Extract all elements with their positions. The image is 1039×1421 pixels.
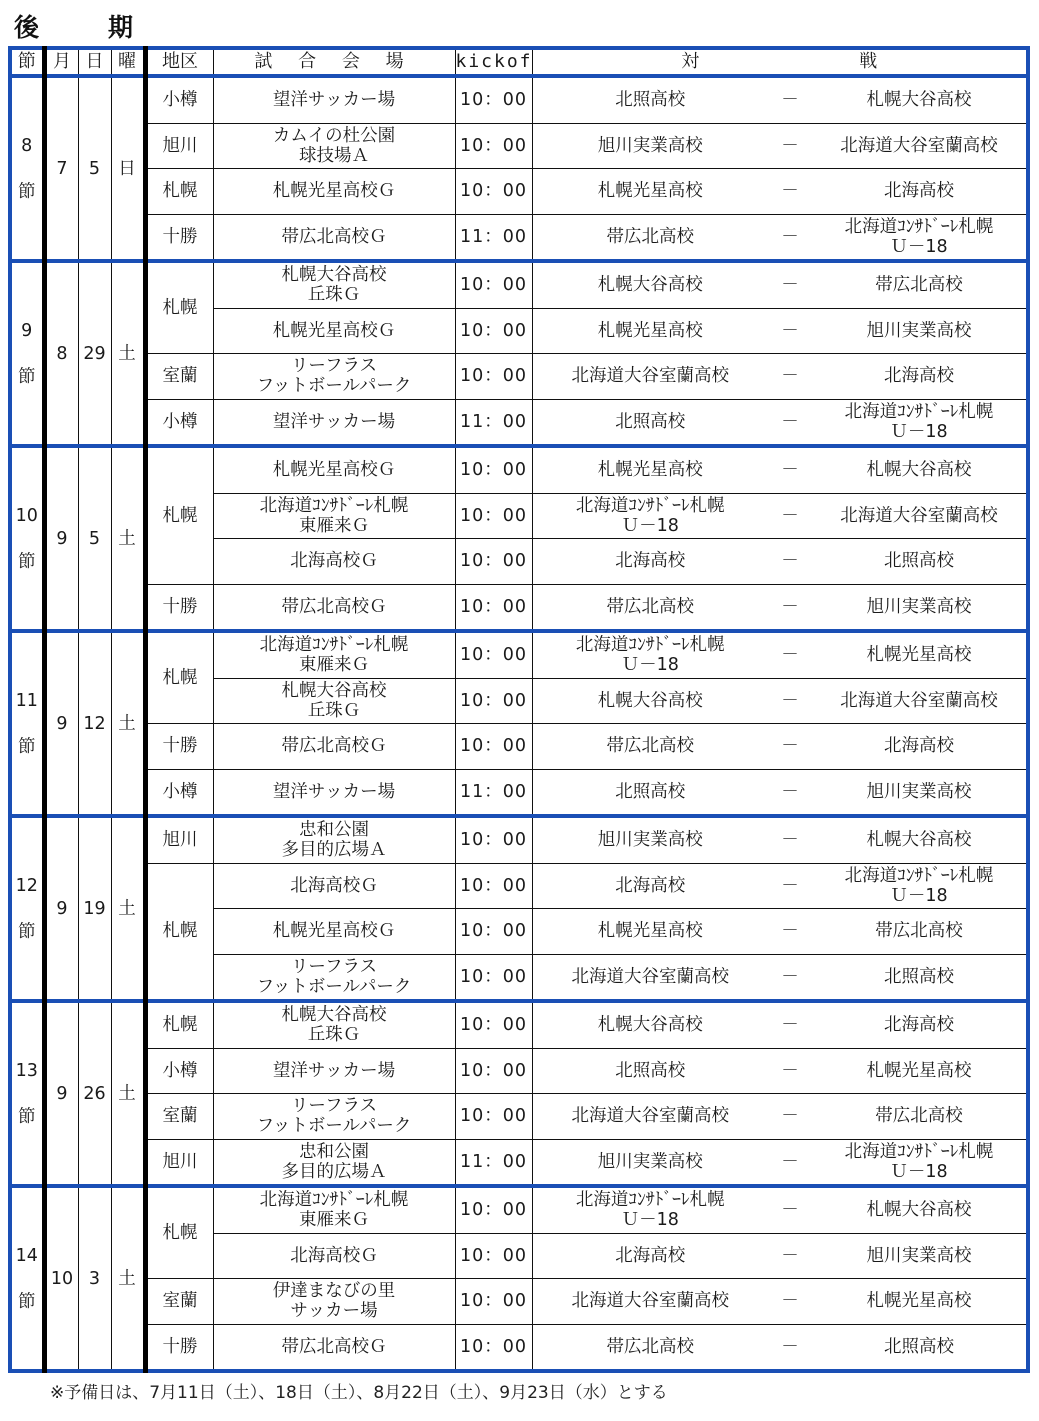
day-cell: 12: [78, 631, 111, 816]
area-cell: 札幌: [145, 261, 213, 354]
venue-cell: 札幌大谷高校丘珠Ｇ: [213, 261, 455, 308]
home-team: 北海高校: [532, 863, 768, 909]
home-team-line: 北海道大谷室蘭高校: [533, 1291, 769, 1311]
round-suffix: 節: [12, 354, 42, 400]
home-team: 旭川実業高校: [532, 123, 768, 169]
kickoff-time: 10：00: [455, 123, 532, 169]
away-team: 帯広北高校: [812, 1094, 1028, 1140]
home-team-line: 札幌光星高校: [533, 460, 769, 480]
home-team-line: 北海道ｺﾝｻﾄﾞｰﾚ札幌: [533, 496, 769, 516]
home-team-line: 北照高校: [533, 412, 769, 432]
venue-cell-line: 北海高校Ｇ: [214, 551, 455, 571]
kickoff-time: 10：00: [455, 539, 532, 585]
away-team: 旭川実業高校: [812, 1233, 1028, 1279]
match-row: 14節103土札幌北海道ｺﾝｻﾄﾞｰﾚ札幌東雁来Ｇ10：00北海道ｺﾝｻﾄﾞｰﾚ…: [10, 1186, 1028, 1233]
venue-cell-line: 多目的広場Ａ: [214, 840, 455, 860]
kickoff-time: 10：00: [455, 76, 532, 123]
away-team: 北海道大谷室蘭高校: [812, 678, 1028, 724]
round-suffix: 節: [12, 1279, 42, 1325]
venue-cell-line: 忠和公園: [214, 1142, 455, 1162]
away-team: 旭川実業高校: [812, 584, 1028, 631]
month-cell: 9: [44, 816, 78, 1001]
area-cell: 札幌: [145, 446, 213, 584]
versus-dash: －: [768, 816, 812, 863]
venue-cell-line: フットボールパーク: [214, 977, 455, 997]
versus-dash: －: [768, 123, 812, 169]
venue-cell-line: フットボールパーク: [214, 376, 455, 396]
header-kickoff: kickoff: [455, 48, 532, 76]
venue-cell: 忠和公園多目的広場Ａ: [213, 816, 455, 863]
area-cell: 小樽: [145, 1048, 213, 1094]
home-team-line: 旭川実業高校: [533, 1152, 769, 1172]
home-team-line: 北海高校: [533, 1246, 769, 1266]
away-team-line: 帯広北高校: [812, 275, 1026, 295]
weekday-cell: 土: [111, 1001, 145, 1186]
versus-dash: －: [768, 1279, 812, 1325]
venue-cell-line: 北海道ｺﾝｻﾄﾞｰﾚ札幌: [214, 496, 455, 516]
kickoff-time: 10：00: [455, 1279, 532, 1325]
away-team-line: 北海道ｺﾝｻﾄﾞｰﾚ札幌: [812, 1142, 1026, 1162]
month-cell: 9: [44, 1001, 78, 1186]
venue-cell-line: フットボールパーク: [214, 1116, 455, 1136]
venue-cell: 伊達まなびの里サッカー場: [213, 1279, 455, 1325]
round-value: 12: [12, 863, 42, 909]
home-team-line: Ｕ－18: [533, 516, 769, 536]
match-row: 札幌北海高校Ｇ10：00北海高校－北海道ｺﾝｻﾄﾞｰﾚ札幌Ｕ－18: [10, 863, 1028, 909]
match-row: 札幌札幌光星高校Ｇ10：00札幌光星高校－北海高校: [10, 169, 1028, 215]
home-team-line: 北海高校: [533, 551, 769, 571]
venue-cell-line: 伊達まなびの里: [214, 1281, 455, 1301]
home-team: 北海高校: [532, 539, 768, 585]
round-value: 11: [12, 678, 42, 724]
venue-cell: 帯広北高校Ｇ: [213, 1324, 455, 1371]
kickoff-time: 10：00: [455, 954, 532, 1001]
weekday-cell: 土: [111, 1186, 145, 1371]
day-cell: 19: [78, 816, 111, 1001]
versus-dash: －: [768, 1324, 812, 1371]
kickoff-time: 10：00: [455, 631, 532, 678]
away-team: 札幌光星高校: [812, 1048, 1028, 1094]
match-row: 小樽望洋サッカー場10：00北照高校－札幌光星高校: [10, 1048, 1028, 1094]
weekday-cell: 日: [111, 76, 145, 261]
away-team: 北海道ｺﾝｻﾄﾞｰﾚ札幌Ｕ－18: [812, 399, 1028, 446]
match-row: 12節919土旭川忠和公園多目的広場Ａ10：00旭川実業高校－札幌大谷高校: [10, 816, 1028, 863]
round-section: 13節926土札幌札幌大谷高校丘珠Ｇ10：00札幌大谷高校－北海高校小樽望洋サッ…: [10, 1001, 1028, 1186]
versus-dash: －: [768, 678, 812, 724]
header-area: 地区: [145, 48, 213, 76]
month-cell: 9: [44, 631, 78, 816]
home-team: 北照高校: [532, 399, 768, 446]
round-number: 14節: [10, 1186, 44, 1371]
home-team-line: 北照高校: [533, 782, 769, 802]
away-team: 札幌大谷高校: [812, 1186, 1028, 1233]
kickoff-time: 10：00: [455, 1094, 532, 1140]
venue-cell-line: 望洋サッカー場: [214, 412, 455, 432]
away-team-line: 札幌大谷高校: [812, 460, 1026, 480]
home-team-line: 北海道大谷室蘭高校: [533, 1106, 769, 1126]
area-cell: 十勝: [145, 584, 213, 631]
home-team: 札幌光星高校: [532, 308, 768, 354]
away-team-line: 北海道大谷室蘭高校: [812, 506, 1026, 526]
versus-dash: －: [768, 863, 812, 909]
versus-dash: －: [768, 1001, 812, 1048]
month-cell: 8: [44, 261, 78, 446]
versus-dash: －: [768, 169, 812, 215]
venue-cell-line: 東雁来Ｇ: [214, 1210, 455, 1230]
header-match-right: 戦: [859, 51, 877, 72]
away-team: 北海高校: [812, 724, 1028, 770]
day-cell: 29: [78, 261, 111, 446]
venue-cell: 北海高校Ｇ: [213, 863, 455, 909]
venue-cell-line: サッカー場: [214, 1301, 455, 1321]
venue-cell-line: カムイの杜公園: [214, 126, 455, 146]
header-row: 節 月 日 曜 地区 試 合 会 場 kickoff 対戦: [10, 48, 1028, 76]
venue-cell: 札幌大谷高校丘珠Ｇ: [213, 678, 455, 724]
kickoff-time: 10：00: [455, 308, 532, 354]
kickoff-time: 10：00: [455, 261, 532, 308]
venue-cell: 帯広北高校Ｇ: [213, 724, 455, 770]
away-team: 札幌大谷高校: [812, 446, 1028, 493]
area-cell: 小樽: [145, 769, 213, 816]
match-row: 旭川カムイの杜公園球技場Ａ10：00旭川実業高校－北海道大谷室蘭高校: [10, 123, 1028, 169]
venue-cell-line: リーフラス: [214, 957, 455, 977]
away-team: 旭川実業高校: [812, 769, 1028, 816]
venue-cell: 札幌光星高校Ｇ: [213, 308, 455, 354]
home-team-line: 札幌光星高校: [533, 321, 769, 341]
venue-cell: 北海道ｺﾝｻﾄﾞｰﾚ札幌東雁来Ｇ: [213, 493, 455, 539]
venue-cell-line: 札幌光星高校Ｇ: [214, 321, 455, 341]
match-row: 十勝帯広北高校Ｇ10：00帯広北高校－北海高校: [10, 724, 1028, 770]
venue-cell: 望洋サッカー場: [213, 76, 455, 123]
venue-cell: 北海高校Ｇ: [213, 539, 455, 585]
round-number: 10節: [10, 446, 44, 631]
away-team: 旭川実業高校: [812, 308, 1028, 354]
venue-cell-line: 丘珠Ｇ: [214, 285, 455, 305]
venue-cell-line: 望洋サッカー場: [214, 1061, 455, 1081]
venue-cell-line: 北海道ｺﾝｻﾄﾞｰﾚ札幌: [214, 635, 455, 655]
venue-cell-line: 帯広北高校Ｇ: [214, 1337, 455, 1357]
home-team: 北海道大谷室蘭高校: [532, 954, 768, 1001]
home-team-line: 北海道大谷室蘭高校: [533, 366, 769, 386]
versus-dash: －: [768, 1048, 812, 1094]
venue-cell: リーフラスフットボールパーク: [213, 1094, 455, 1140]
versus-dash: －: [768, 76, 812, 123]
kickoff-time: 10：00: [455, 354, 532, 400]
away-team-line: 北海高校: [812, 366, 1026, 386]
round-section: 14節103土札幌北海道ｺﾝｻﾄﾞｰﾚ札幌東雁来Ｇ10：00北海道ｺﾝｻﾄﾞｰﾚ…: [10, 1186, 1028, 1371]
match-row: 室蘭リーフラスフットボールパーク10：00北海道大谷室蘭高校－帯広北高校: [10, 1094, 1028, 1140]
kickoff-time: 10：00: [455, 446, 532, 493]
home-team-line: 帯広北高校: [533, 736, 769, 756]
area-cell: 旭川: [145, 123, 213, 169]
away-team-line: 帯広北高校: [812, 1106, 1026, 1126]
away-team: 帯広北高校: [812, 909, 1028, 955]
venue-cell-line: 帯広北高校Ｇ: [214, 227, 455, 247]
versus-dash: －: [768, 493, 812, 539]
venue-cell: 札幌光星高校Ｇ: [213, 169, 455, 215]
away-team-line: 北照高校: [812, 967, 1026, 987]
away-team-line: 札幌光星高校: [812, 645, 1026, 665]
versus-dash: －: [768, 909, 812, 955]
away-team-line: 旭川実業高校: [812, 782, 1026, 802]
away-team: 札幌大谷高校: [812, 76, 1028, 123]
home-team: 旭川実業高校: [532, 1139, 768, 1186]
venue-cell: 北海道ｺﾝｻﾄﾞｰﾚ札幌東雁来Ｇ: [213, 631, 455, 678]
home-team: 帯広北高校: [532, 214, 768, 261]
home-team-line: 旭川実業高校: [533, 136, 769, 156]
area-cell: 室蘭: [145, 1094, 213, 1140]
home-team: 札幌大谷高校: [532, 1001, 768, 1048]
versus-dash: －: [768, 724, 812, 770]
versus-dash: －: [768, 1233, 812, 1279]
away-team-line: 北照高校: [812, 551, 1026, 571]
round-number: 13節: [10, 1001, 44, 1186]
area-cell: 室蘭: [145, 1279, 213, 1325]
venue-cell-line: リーフラス: [214, 356, 455, 376]
home-team-line: 札幌大谷高校: [533, 691, 769, 711]
venue-cell: リーフラスフットボールパーク: [213, 954, 455, 1001]
match-row: 十勝帯広北高校Ｇ10：00帯広北高校－北照高校: [10, 1324, 1028, 1371]
venue-cell-line: リーフラス: [214, 1096, 455, 1116]
venue-cell-line: 札幌光星高校Ｇ: [214, 921, 455, 941]
venue-cell: リーフラスフットボールパーク: [213, 354, 455, 400]
versus-dash: －: [768, 1186, 812, 1233]
home-team: 北海道ｺﾝｻﾄﾞｰﾚ札幌Ｕ－18: [532, 1186, 768, 1233]
match-row: 13節926土札幌札幌大谷高校丘珠Ｇ10：00札幌大谷高校－北海高校: [10, 1001, 1028, 1048]
header-venue: 試 合 会 場: [213, 48, 455, 76]
away-team-line: 北海道大谷室蘭高校: [812, 691, 1026, 711]
home-team: 札幌光星高校: [532, 446, 768, 493]
venue-cell-line: 忠和公園: [214, 820, 455, 840]
home-team: 帯広北高校: [532, 584, 768, 631]
area-cell: 札幌: [145, 1186, 213, 1279]
kickoff-time: 10：00: [455, 1186, 532, 1233]
venue-cell-line: 札幌大谷高校: [214, 265, 455, 285]
round-suffix: 節: [12, 909, 42, 955]
area-cell: 札幌: [145, 863, 213, 1001]
match-row: 11節912土札幌北海道ｺﾝｻﾄﾞｰﾚ札幌東雁来Ｇ10：00北海道ｺﾝｻﾄﾞｰﾚ…: [10, 631, 1028, 678]
kickoff-time: 11：00: [455, 399, 532, 446]
away-team: 札幌光星高校: [812, 631, 1028, 678]
venue-cell-line: 札幌光星高校Ｇ: [214, 460, 455, 480]
area-cell: 十勝: [145, 724, 213, 770]
away-team-line: 北海高校: [812, 1015, 1026, 1035]
area-cell: 室蘭: [145, 354, 213, 400]
venue-cell-line: 札幌大谷高校: [214, 681, 455, 701]
round-section: 11節912土札幌北海道ｺﾝｻﾄﾞｰﾚ札幌東雁来Ｇ10：00北海道ｺﾝｻﾄﾞｰﾚ…: [10, 631, 1028, 816]
home-team: 北海高校: [532, 1233, 768, 1279]
home-team-line: 旭川実業高校: [533, 830, 769, 850]
home-team-line: 札幌大谷高校: [533, 1015, 769, 1035]
versus-dash: －: [768, 354, 812, 400]
kickoff-time: 10：00: [455, 584, 532, 631]
away-team: 札幌大谷高校: [812, 816, 1028, 863]
home-team: 札幌大谷高校: [532, 261, 768, 308]
home-team: 北照高校: [532, 76, 768, 123]
away-team: 北海道大谷室蘭高校: [812, 123, 1028, 169]
header-match-left: 対: [681, 51, 699, 72]
away-team-line: 北海高校: [812, 181, 1026, 201]
header-day: 日: [78, 48, 111, 76]
home-team: 札幌光星高校: [532, 169, 768, 215]
home-team: 北照高校: [532, 1048, 768, 1094]
kickoff-time: 10：00: [455, 1048, 532, 1094]
home-team: 札幌光星高校: [532, 909, 768, 955]
venue-cell-line: 東雁来Ｇ: [214, 516, 455, 536]
away-team: 北海道大谷室蘭高校: [812, 493, 1028, 539]
round-section: 10節95土札幌札幌光星高校Ｇ10：00札幌光星高校－札幌大谷高校北海道ｺﾝｻﾄ…: [10, 446, 1028, 631]
versus-dash: －: [768, 1139, 812, 1186]
away-team-line: 札幌大谷高校: [812, 90, 1026, 110]
match-row: 十勝帯広北高校Ｇ10：00帯広北高校－旭川実業高校: [10, 584, 1028, 631]
versus-dash: －: [768, 539, 812, 585]
venue-cell-line: 球技場Ａ: [214, 146, 455, 166]
away-team: 北海高校: [812, 354, 1028, 400]
venue-cell: 望洋サッカー場: [213, 769, 455, 816]
home-team-line: 帯広北高校: [533, 227, 769, 247]
round-suffix: 節: [12, 1094, 42, 1140]
away-team-line: 旭川実業高校: [812, 597, 1026, 617]
kickoff-time: 10：00: [455, 1324, 532, 1371]
away-team-line: 札幌光星高校: [812, 1291, 1026, 1311]
weekday-cell: 土: [111, 816, 145, 1001]
away-team: 北海道ｺﾝｻﾄﾞｰﾚ札幌Ｕ－18: [812, 214, 1028, 261]
away-team-line: 北海道大谷室蘭高校: [812, 136, 1026, 156]
away-team: 北照高校: [812, 954, 1028, 1001]
weekday-cell: 土: [111, 261, 145, 446]
home-team: 北海道大谷室蘭高校: [532, 354, 768, 400]
venue-cell: 北海高校Ｇ: [213, 1233, 455, 1279]
venue-cell: 望洋サッカー場: [213, 399, 455, 446]
match-row: 10節95土札幌札幌光星高校Ｇ10：00札幌光星高校－札幌大谷高校: [10, 446, 1028, 493]
home-team: 札幌大谷高校: [532, 678, 768, 724]
month-cell: 7: [44, 76, 78, 261]
footnote: ※予備日は、7月11日（土）、18日（土）、8月22日（土）、9月23日（水）と…: [50, 1378, 668, 1403]
home-team-line: Ｕ－18: [533, 1210, 769, 1230]
round-suffix: 節: [12, 724, 42, 770]
kickoff-time: 10：00: [455, 678, 532, 724]
home-team: 北海道大谷室蘭高校: [532, 1279, 768, 1325]
venue-cell-line: 東雁来Ｇ: [214, 655, 455, 675]
round-number: 11節: [10, 631, 44, 816]
versus-dash: －: [768, 1094, 812, 1140]
area-cell: 札幌: [145, 1001, 213, 1048]
away-team: 北海高校: [812, 1001, 1028, 1048]
away-team-line: Ｕ－18: [812, 237, 1026, 257]
home-team-line: 札幌大谷高校: [533, 275, 769, 295]
area-cell: 十勝: [145, 1324, 213, 1371]
weekday-cell: 土: [111, 631, 145, 816]
round-section: 9節829土札幌札幌大谷高校丘珠Ｇ10：00札幌大谷高校－帯広北高校札幌光星高校…: [10, 261, 1028, 446]
kickoff-time: 10：00: [455, 816, 532, 863]
venue-cell-line: 望洋サッカー場: [214, 782, 455, 802]
month-cell: 9: [44, 446, 78, 631]
round-suffix: 節: [12, 539, 42, 585]
round-suffix: 節: [12, 169, 42, 215]
away-team-line: 札幌光星高校: [812, 1061, 1026, 1081]
home-team-line: 北海道ｺﾝｻﾄﾞｰﾚ札幌: [533, 635, 769, 655]
away-team-line: Ｕ－18: [812, 886, 1026, 906]
venue-cell: 北海道ｺﾝｻﾄﾞｰﾚ札幌東雁来Ｇ: [213, 1186, 455, 1233]
venue-cell-line: 丘珠Ｇ: [214, 1025, 455, 1045]
area-cell: 札幌: [145, 169, 213, 215]
page-title: 後 期: [14, 8, 155, 44]
venue-cell: 札幌大谷高校丘珠Ｇ: [213, 1001, 455, 1048]
venue-cell: 忠和公園多目的広場Ａ: [213, 1139, 455, 1186]
area-cell: 旭川: [145, 1139, 213, 1186]
kickoff-time: 11：00: [455, 214, 532, 261]
versus-dash: －: [768, 584, 812, 631]
venue-cell-line: 北海道ｺﾝｻﾄﾞｰﾚ札幌: [214, 1190, 455, 1210]
home-team-line: 帯広北高校: [533, 1337, 769, 1357]
away-team: 帯広北高校: [812, 261, 1028, 308]
kickoff-time: 10：00: [455, 493, 532, 539]
venue-cell-line: 北海高校Ｇ: [214, 876, 455, 896]
day-cell: 5: [78, 446, 111, 631]
versus-dash: －: [768, 631, 812, 678]
home-team: 旭川実業高校: [532, 816, 768, 863]
home-team-line: 北海道ｺﾝｻﾄﾞｰﾚ札幌: [533, 1190, 769, 1210]
venue-cell-line: 北海高校Ｇ: [214, 1246, 455, 1266]
home-team: 帯広北高校: [532, 1324, 768, 1371]
venue-cell-line: 多目的広場Ａ: [214, 1162, 455, 1182]
day-cell: 5: [78, 76, 111, 261]
kickoff-time: 10：00: [455, 724, 532, 770]
home-team-line: 帯広北高校: [533, 597, 769, 617]
home-team: 北海道ｺﾝｻﾄﾞｰﾚ札幌Ｕ－18: [532, 493, 768, 539]
round-number: 8節: [10, 76, 44, 261]
day-cell: 26: [78, 1001, 111, 1186]
kickoff-time: 11：00: [455, 1139, 532, 1186]
area-cell: 旭川: [145, 816, 213, 863]
home-team: 帯広北高校: [532, 724, 768, 770]
round-section: 12節919土旭川忠和公園多目的広場Ａ10：00旭川実業高校－札幌大谷高校札幌北…: [10, 816, 1028, 1001]
weekday-cell: 土: [111, 446, 145, 631]
away-team-line: Ｕ－18: [812, 1162, 1026, 1182]
area-cell: 小樽: [145, 399, 213, 446]
home-team-line: Ｕ－18: [533, 655, 769, 675]
day-cell: 3: [78, 1186, 111, 1371]
header-month: 月: [44, 48, 78, 76]
round-number: 12節: [10, 816, 44, 1001]
venue-cell: 札幌光星高校Ｇ: [213, 446, 455, 493]
away-team: 札幌光星高校: [812, 1279, 1028, 1325]
venue-cell-line: 帯広北高校Ｇ: [214, 736, 455, 756]
round-value: 10: [12, 493, 42, 539]
round-section: 8節75日小樽望洋サッカー場10：00北照高校－札幌大谷高校旭川カムイの杜公園球…: [10, 76, 1028, 261]
versus-dash: －: [768, 308, 812, 354]
away-team-line: 北照高校: [812, 1337, 1026, 1357]
venue-cell: 望洋サッカー場: [213, 1048, 455, 1094]
match-row: 小樽望洋サッカー場11：00北照高校－北海道ｺﾝｻﾄﾞｰﾚ札幌Ｕ－18: [10, 399, 1028, 446]
kickoff-time: 10：00: [455, 169, 532, 215]
kickoff-time: 10：00: [455, 863, 532, 909]
kickoff-time: 10：00: [455, 1001, 532, 1048]
away-team: 北照高校: [812, 1324, 1028, 1371]
versus-dash: －: [768, 399, 812, 446]
header-weekday: 曜: [111, 48, 145, 76]
away-team-line: 北海道ｺﾝｻﾄﾞｰﾚ札幌: [812, 866, 1026, 886]
home-team-line: 北海高校: [533, 876, 769, 896]
header-round: 節: [10, 48, 44, 76]
home-team: 北海道大谷室蘭高校: [532, 1094, 768, 1140]
home-team-line: 札幌光星高校: [533, 921, 769, 941]
round-number: 9節: [10, 261, 44, 446]
venue-cell-line: 望洋サッカー場: [214, 90, 455, 110]
round-value: 14: [12, 1233, 42, 1279]
home-team-line: 札幌光星高校: [533, 181, 769, 201]
area-cell: 札幌: [145, 631, 213, 724]
